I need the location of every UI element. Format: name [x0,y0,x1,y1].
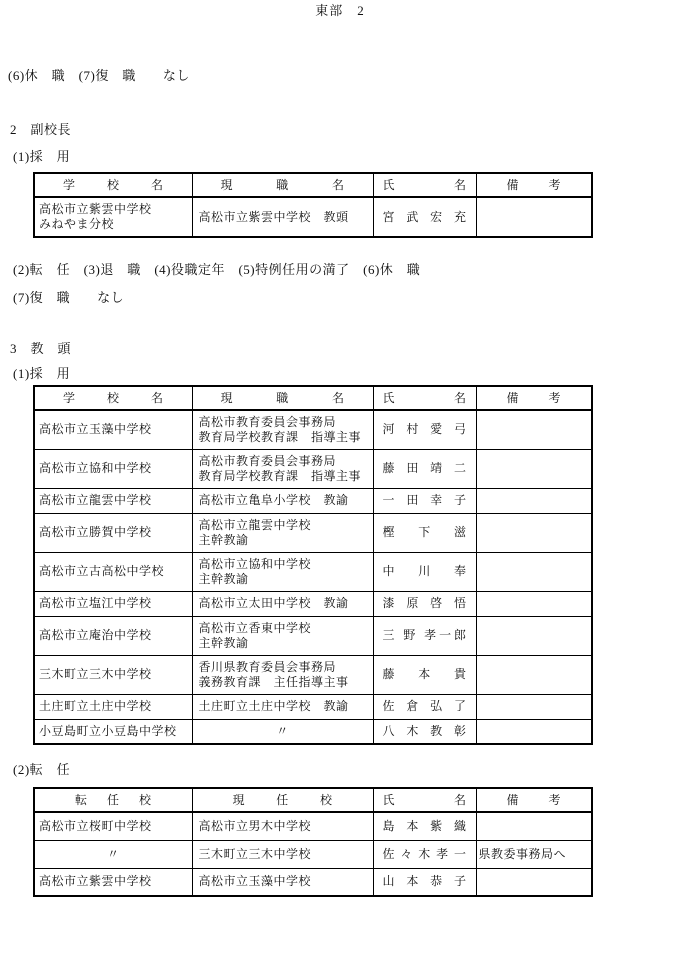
column-header: 現 職 名 [192,173,373,197]
table-row: 高松市立協和中学校高松市教育委員会事務局教育局学校教育課 指導主事藤 田 靖 二 [34,449,592,488]
column-header-label: 学 校 名 [35,391,192,406]
subsection-transfer: (2)転 任 [13,762,70,778]
name-cell: 三 野 孝一郎 [373,616,476,655]
section-heading-vice-principal: 2 副校長 [10,122,71,138]
school-cell: 高松市立塩江中学校 [34,591,192,616]
column-header-label: 現 職 名 [193,178,373,193]
cell-text: 藤 田 靖 二 [374,461,476,476]
cell-text: 高松市教育委員会事務局 [193,415,373,430]
school-cell: 土庄町立土庄中学校 [34,694,192,719]
cell-text: 義務教育課 主任指導主事 [193,675,373,690]
subsection-hire-head-teacher: (1)採 用 [13,366,70,382]
note-cell [476,513,592,552]
column-header-label: 氏 名 [374,391,476,406]
cell-text: 主幹教諭 [193,636,373,651]
cell-text: 三木町立三木中学校 [35,667,192,682]
name-cell: 藤 本 貴 [373,655,476,694]
position-cell: 香川県教育委員会事務局義務教育課 主任指導主事 [192,655,373,694]
note-cell [476,655,592,694]
column-header-label: 現 任 校 [193,793,373,808]
note-cell [476,197,592,237]
cell-text: 三木町立三木中学校 [193,847,373,862]
data-grid: 転 任 校現 任 校氏 名備 考高松市立桜町中学校高松市立男木中学校島 本 紫 … [33,787,593,897]
name-cell: 中 川 奉 [373,552,476,591]
cell-text: 島 本 紫 織 [374,819,476,834]
column-header: 現 職 名 [192,386,373,410]
school-cell: 高松市立協和中学校 [34,449,192,488]
name-cell: 山 本 恭 子 [373,868,476,896]
school-cell: 高松市立玉藻中学校 [34,410,192,449]
cell-text: 宮 武 宏 充 [374,210,476,225]
header-row: 学 校 名現 職 名氏 名備 考 [34,173,592,197]
vice-principal-notes-line1: (2)転 任 (3)退 職 (4)役職定年 (5)特例任用の満了 (6)休 職 [13,262,420,278]
document-page: (6)休 職 (7)復 職 なし 2 副校長 (1)採 用 学 校 名現 職 名… [0,0,680,961]
cell-text: 高松市立太田中学校 教諭 [193,596,373,611]
position-cell: 高松市立紫雲中学校 教頭 [192,197,373,237]
header-row: 転 任 校現 任 校氏 名備 考 [34,788,592,812]
note-cell [476,719,592,744]
name-cell: 八 木 教 彰 [373,719,476,744]
cell-text: 高松市立玉藻中学校 [193,874,373,889]
note-cell [476,812,592,840]
column-header-label: 備 考 [477,391,592,406]
cell-text: 高松市立桜町中学校 [35,819,192,834]
table-row: 高松市立古高松中学校高松市立協和中学校主幹教諭中 川 奉 [34,552,592,591]
table-row: 高松市立桜町中学校高松市立男木中学校島 本 紫 織 [34,812,592,840]
column-header: 備 考 [476,386,592,410]
cell-text: 土庄町立土庄中学校 [35,699,192,714]
cell-text: 高松市立龍雲中学校 [193,518,373,533]
name-cell: 佐 倉 弘 了 [373,694,476,719]
school-cell: 小豆島町立小豆島中学校 [34,719,192,744]
position-cell: 高松市立男木中学校 [192,812,373,840]
cell-text: 高松市立紫雲中学校 教頭 [193,210,373,225]
column-header: 学 校 名 [34,173,192,197]
school-cell: 高松市立庵治中学校 [34,616,192,655]
position-cell: 三木町立三木中学校 [192,840,373,868]
school-cell: 高松市立紫雲中学校みねやま分校 [34,197,192,237]
cell-text: 高松市教育委員会事務局 [193,454,373,469]
column-header-label: 転 任 校 [35,793,192,808]
school-cell: 高松市立古高松中学校 [34,552,192,591]
position-cell: 高松市立協和中学校主幹教諭 [192,552,373,591]
column-header: 備 考 [476,788,592,812]
column-header: 氏 名 [373,788,476,812]
table-row: 高松市立玉藻中学校高松市教育委員会事務局教育局学校教育課 指導主事河 村 愛 弓 [34,410,592,449]
cell-text: 県教委事務局へ [477,847,592,862]
column-header: 転 任 校 [34,788,192,812]
ditto-cell: 〃 [192,719,373,744]
name-cell: 藤 田 靖 二 [373,449,476,488]
cell-text: 佐 倉 弘 了 [374,699,476,714]
school-cell: 高松市立龍雲中学校 [34,488,192,513]
cell-text: 高松市立紫雲中学校 [35,202,192,217]
cell-text: 中 川 奉 [374,564,476,579]
table-row: 小豆島町立小豆島中学校〃八 木 教 彰 [34,719,592,744]
cell-text: 高松市立紫雲中学校 [35,874,192,889]
column-header-label: 氏 名 [374,178,476,193]
note-cell [476,616,592,655]
data-grid: 学 校 名現 職 名氏 名備 考高松市立紫雲中学校みねやま分校高松市立紫雲中学校… [33,172,593,238]
name-cell: 樫 下 滋 [373,513,476,552]
vice-principal-notes-line2: (7)復 職 なし [13,290,124,306]
note-cell: 県教委事務局へ [476,840,592,868]
name-cell: 一 田 幸 子 [373,488,476,513]
position-cell: 高松市教育委員会事務局教育局学校教育課 指導主事 [192,449,373,488]
cell-text: 漆 原 啓 悟 [374,596,476,611]
school-cell: 三木町立三木中学校 [34,655,192,694]
cell-text: 主幹教諭 [193,533,373,548]
table-row: 三木町立三木中学校香川県教育委員会事務局義務教育課 主任指導主事藤 本 貴 [34,655,592,694]
ditto-cell: 〃 [34,840,192,868]
name-cell: 島 本 紫 織 [373,812,476,840]
header-row: 学 校 名現 職 名氏 名備 考 [34,386,592,410]
column-header-label: 現 職 名 [193,391,373,406]
head-teacher-hire-table: 学 校 名現 職 名氏 名備 考高松市立玉藻中学校高松市教育委員会事務局教育局学… [33,385,593,745]
position-cell: 高松市立香東中学校主幹教諭 [192,616,373,655]
position-cell: 高松市立太田中学校 教諭 [192,591,373,616]
note-cell [476,488,592,513]
table-row: 高松市立紫雲中学校高松市立玉藻中学校山 本 恭 子 [34,868,592,896]
cell-text: 高松市立男木中学校 [193,819,373,834]
column-header-label: 学 校 名 [35,178,192,193]
note-cell [476,591,592,616]
table-row: 高松市立勝賀中学校高松市立龍雲中学校主幹教諭樫 下 滋 [34,513,592,552]
top-status-note: (6)休 職 (7)復 職 なし [8,68,190,84]
cell-text: 高松市立協和中学校 [35,461,192,476]
school-cell: 高松市立勝賀中学校 [34,513,192,552]
head-teacher-transfer-table: 転 任 校現 任 校氏 名備 考高松市立桜町中学校高松市立男木中学校島 本 紫 … [33,787,593,897]
column-header: 備 考 [476,173,592,197]
cell-text: みねやま分校 [35,217,192,232]
position-cell: 高松市教育委員会事務局教育局学校教育課 指導主事 [192,410,373,449]
name-cell: 宮 武 宏 充 [373,197,476,237]
cell-text: 高松市立協和中学校 [193,557,373,572]
table-row: 土庄町立土庄中学校土庄町立土庄中学校 教諭佐 倉 弘 了 [34,694,592,719]
cell-text: 〃 [35,847,192,862]
column-header: 学 校 名 [34,386,192,410]
cell-text: 河 村 愛 弓 [374,422,476,437]
name-cell: 漆 原 啓 悟 [373,591,476,616]
note-cell [476,868,592,896]
note-cell [476,410,592,449]
cell-text: 高松市立香東中学校 [193,621,373,636]
cell-text: 主幹教諭 [193,572,373,587]
cell-text: 山 本 恭 子 [374,874,476,889]
column-header-label: 備 考 [477,793,592,808]
section-heading-head-teacher: 3 教 頭 [10,341,71,357]
cell-text: 八 木 教 彰 [374,724,476,739]
position-cell: 土庄町立土庄中学校 教諭 [192,694,373,719]
column-header: 氏 名 [373,386,476,410]
name-cell: 河 村 愛 弓 [373,410,476,449]
cell-text: 高松市立塩江中学校 [35,596,192,611]
cell-text: 藤 本 貴 [374,667,476,682]
cell-text: 土庄町立土庄中学校 教諭 [193,699,373,714]
school-cell: 高松市立桜町中学校 [34,812,192,840]
cell-text: 高松市立亀阜小学校 教諭 [193,493,373,508]
vice-principal-hire-table: 学 校 名現 職 名氏 名備 考高松市立紫雲中学校みねやま分校高松市立紫雲中学校… [33,172,593,238]
cell-text: 高松市立庵治中学校 [35,628,192,643]
name-cell: 佐 々 木 孝 一 [373,840,476,868]
cell-text: 教育局学校教育課 指導主事 [193,469,373,484]
column-header-label: 備 考 [477,178,592,193]
cell-text: 一 田 幸 子 [374,493,476,508]
cell-text: 樫 下 滋 [374,525,476,540]
table-row: 高松市立塩江中学校高松市立太田中学校 教諭漆 原 啓 悟 [34,591,592,616]
cell-text: 教育局学校教育課 指導主事 [193,430,373,445]
cell-text: 香川県教育委員会事務局 [193,660,373,675]
data-grid: 学 校 名現 職 名氏 名備 考高松市立玉藻中学校高松市教育委員会事務局教育局学… [33,385,593,745]
position-cell: 高松市立龍雲中学校主幹教諭 [192,513,373,552]
table-row: 高松市立庵治中学校高松市立香東中学校主幹教諭三 野 孝一郎 [34,616,592,655]
note-cell [476,694,592,719]
column-header-label: 氏 名 [374,793,476,808]
table-row: 高松市立紫雲中学校みねやま分校高松市立紫雲中学校 教頭宮 武 宏 充 [34,197,592,237]
position-cell: 高松市立玉藻中学校 [192,868,373,896]
subsection-hire-vice-principal: (1)採 用 [13,149,70,165]
cell-text: 高松市立玉藻中学校 [35,422,192,437]
table-row: 〃三木町立三木中学校佐 々 木 孝 一県教委事務局へ [34,840,592,868]
cell-text: 〃 [193,724,373,739]
cell-text: 佐 々 木 孝 一 [374,847,476,862]
column-header: 氏 名 [373,173,476,197]
note-cell [476,552,592,591]
cell-text: 小豆島町立小豆島中学校 [35,724,192,739]
column-header: 現 任 校 [192,788,373,812]
cell-text: 高松市立勝賀中学校 [35,525,192,540]
position-cell: 高松市立亀阜小学校 教諭 [192,488,373,513]
cell-text: 高松市立古高松中学校 [35,564,192,579]
page-footer: 東部 2 [0,0,680,19]
table-row: 高松市立龍雲中学校高松市立亀阜小学校 教諭一 田 幸 子 [34,488,592,513]
school-cell: 高松市立紫雲中学校 [34,868,192,896]
cell-text: 高松市立龍雲中学校 [35,493,192,508]
note-cell [476,449,592,488]
cell-text: 三 野 孝一郎 [374,628,476,643]
